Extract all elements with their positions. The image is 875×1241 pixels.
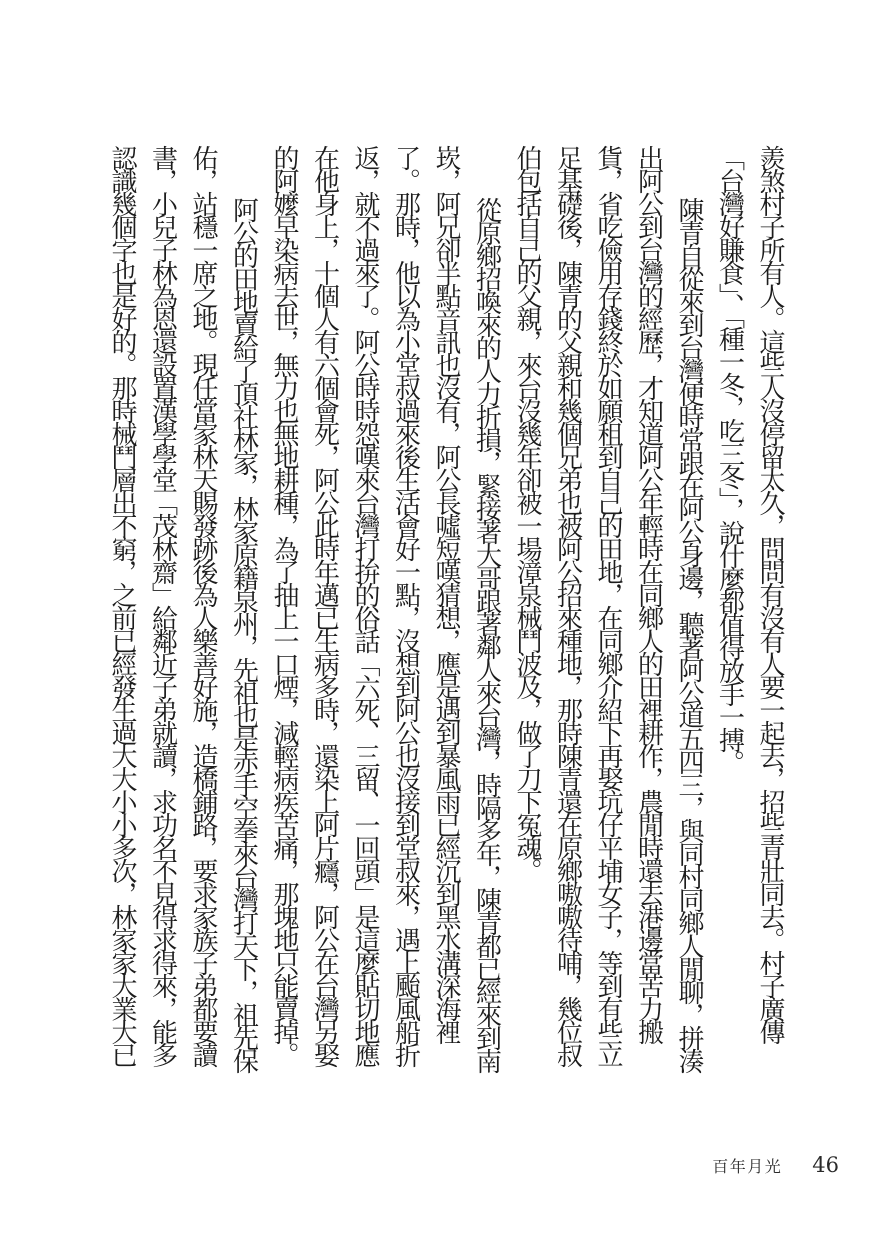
paragraph: 羨煞村子所有人。這些人沒停留太久，問問有沒有人要一起去，招些青壯同去。村子廣傳「…: [709, 145, 790, 1086]
book-page: 羨煞村子所有人。這些人沒停留太久，問問有沒有人要一起去，招些青壯同去。村子廣傳「…: [0, 0, 875, 1241]
paragraph: 陳青自從來到台灣便時常跟在阿公身邊，聽著阿公道五四三，與同村同鄉人閒聊，拼湊出阿…: [507, 145, 710, 1086]
book-title: 百年月光: [712, 1154, 782, 1177]
paragraph: 阿公的田地賣給了頂社林家，林家原籍泉州，先祖也是赤手空拳來台灣打天下，祖先保佑，…: [102, 145, 264, 1086]
page-footer: 百年月光 46: [712, 1153, 839, 1177]
page-number: 46: [812, 1153, 839, 1177]
body-text: 羨煞村子所有人。這些人沒停留太久，問問有沒有人要一起去，招些青壯同去。村子廣傳「…: [98, 145, 790, 1086]
paragraph: 從原鄉招喚來的人力折損，緊接著大哥跟著鄰人來台灣，時隔多年，陳青都已經來到南崁，…: [264, 145, 507, 1086]
